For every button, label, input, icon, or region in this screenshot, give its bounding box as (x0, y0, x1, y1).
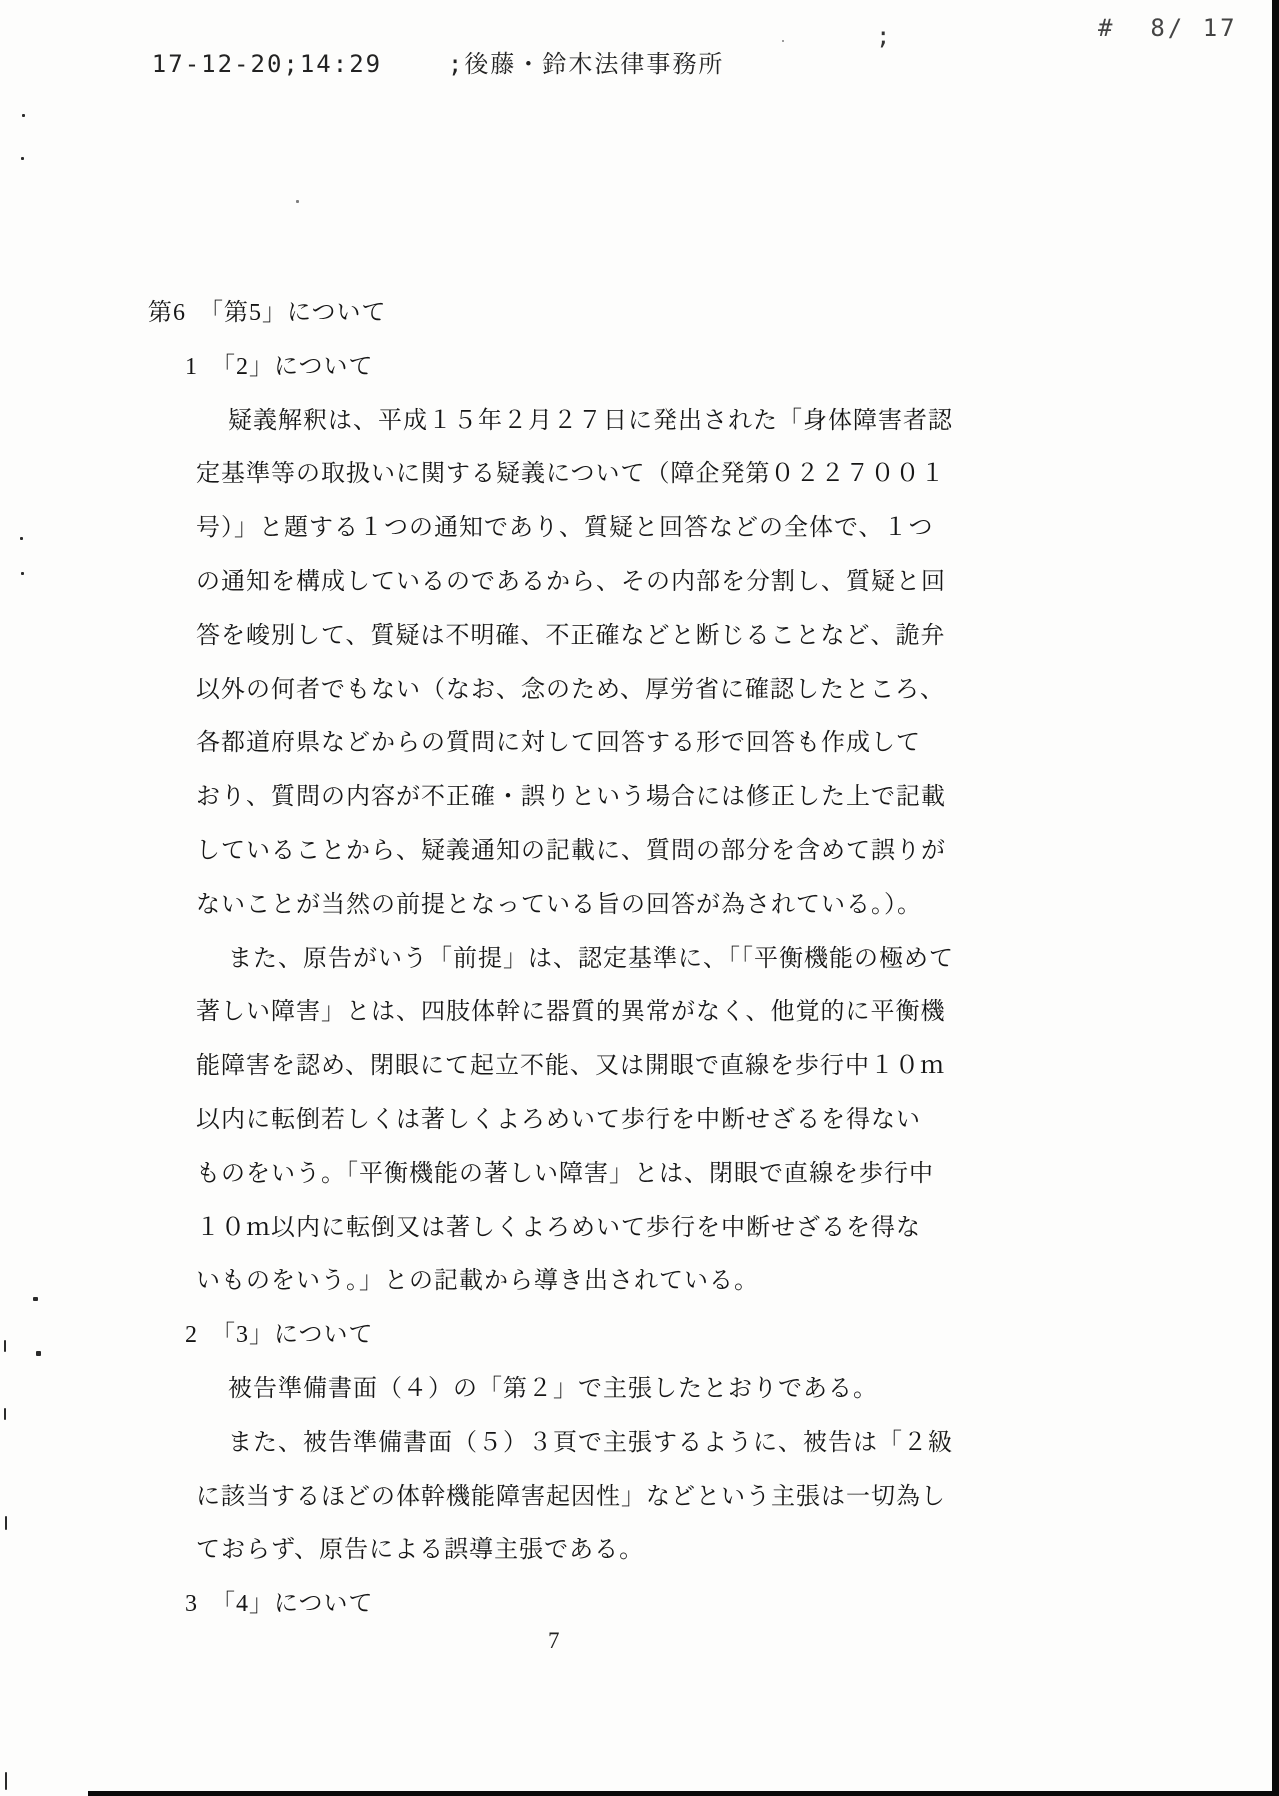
fax-header-left: 17-12-20;14:29 ;後藤・鈴木法律事務所 (86, 16, 724, 107)
document-line: 2 「3」について (0, 1314, 1279, 1368)
document-line: 号）」と題する１つの通知であり、質疑と回答などの全体で、１つ (0, 507, 1279, 561)
fax-page-counter: # 8/ 17 (1098, 14, 1238, 42)
document-line: の通知を構成しているのであるから、その内部を分割し、質疑と回 (0, 561, 1279, 615)
document-line: していることから、疑義通知の記載に、質問の部分を含めて誤りが (0, 830, 1279, 884)
document-line: 各都道府県などからの質問に対して回答する形で回答も作成して (0, 722, 1279, 776)
document-line: 被告準備書面（４）の「第２」で主張したとおりである。 (0, 1368, 1279, 1422)
scan-speck (296, 200, 299, 203)
document-line: おり、質問の内容が不正確・誤りという場合には修正した上で記載 (0, 776, 1279, 830)
scan-speck (22, 114, 25, 117)
fax-document-page: 17-12-20;14:29 ;後藤・鈴木法律事務所 ; # 8/ 17 第6 … (0, 0, 1279, 1796)
document-line: また、原告がいう「前提」は、認定基準に、「「平衡機能の極めて (0, 938, 1279, 992)
document-line: 第6 「第5」について (0, 292, 1279, 346)
scan-speck (5, 1516, 7, 1530)
document-line: 能障害を認め、閉眼にて起立不能、又は開眼で直線を歩行中１０ｍ (0, 1045, 1279, 1099)
document-line: いものをいう。」との記載から導き出されている。 (0, 1260, 1279, 1314)
scan-speck (33, 1297, 38, 1301)
fax-sender: ;後藤・鈴木法律事務所 (448, 50, 724, 78)
document-line: 以外の何者でもない（なお、念のため、厚労省に確認したところ、 (0, 669, 1279, 723)
fax-header-separator: ; (876, 22, 890, 50)
scan-speck (5, 1772, 7, 1790)
scan-speck (782, 40, 784, 42)
document-line: 3 「4」について (0, 1583, 1279, 1637)
scan-speck (20, 537, 23, 540)
scan-speck (21, 157, 24, 160)
document-line: ておらず、原告による誤導主張である。 (0, 1529, 1279, 1583)
scan-edge-bar-right (1272, 0, 1279, 1796)
document-line: ないことが当然の前提となっている旨の回答が為されている。）。 (0, 884, 1279, 938)
fax-header-gap (382, 50, 448, 78)
document-line: に該当するほどの体幹機能障害起因性」などという主張は一切為し (0, 1476, 1279, 1530)
document-line: 疑義解釈は、平成１５年２月２７日に発出された「身体障害者認 (0, 400, 1279, 454)
scan-speck (21, 572, 24, 575)
document-body: 第6 「第5」について1 「2」について疑義解釈は、平成１５年２月２７日に発出さ… (0, 292, 1279, 1637)
fax-timestamp: 17-12-20;14:29 (152, 50, 382, 78)
document-line: 著しい障害」とは、四肢体幹に器質的異常がなく、他覚的に平衡機 (0, 991, 1279, 1045)
page-number: 7 (548, 1628, 560, 1654)
scan-speck (36, 1351, 41, 1356)
document-line: また、被告準備書面（５）３頁で主張するように、被告は「２級 (0, 1422, 1279, 1476)
document-line: ものをいう。「平衡機能の著しい障害」とは、閉眼で直線を歩行中 (0, 1153, 1279, 1207)
scan-edge-bar-bottom (88, 1791, 1279, 1796)
document-line: 答を峻別して、質疑は不明確、不正確などと断じることなど、詭弁 (0, 615, 1279, 669)
scan-speck (4, 1340, 6, 1352)
document-line: 以内に転倒若しくは著しくよろめいて歩行を中断せざるを得ない (0, 1099, 1279, 1153)
document-line: 定基準等の取扱いに関する疑義について（障企発第０２２７００１ (0, 453, 1279, 507)
document-line: 1 「2」について (0, 346, 1279, 400)
document-line: １０ｍ以内に転倒又は著しくよろめいて歩行を中断せざるを得な (0, 1207, 1279, 1261)
scan-speck (4, 1408, 6, 1420)
